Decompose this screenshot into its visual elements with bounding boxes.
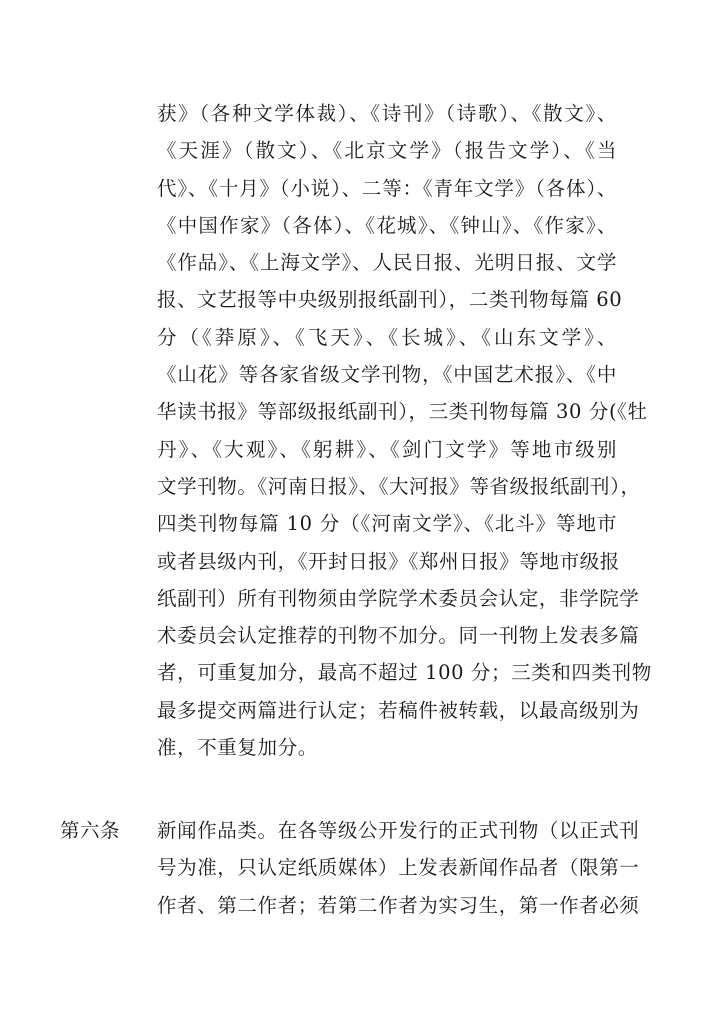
text-line: 报、文艺报等中央级别报纸副刊），二类刊物每篇 60: [157, 281, 617, 318]
text-line: 获》（各种文学体裁）、《诗刊》（诗歌）、《散文》、: [157, 95, 617, 132]
text-line: 《中国作家》（各体）、《花城》、《钟山》、《作家》、: [157, 207, 617, 244]
text-line: 《山花》等各家省级文学刊物，《中国艺术报》、《中: [157, 356, 617, 393]
text-line: 四类刊物每篇 10 分（《河南文学》、《北斗》等地市: [157, 505, 617, 542]
document-page: 获》（各种文学体裁）、《诗刊》（诗歌）、《散文》、 《天涯》（散文）、《北京文学…: [0, 0, 720, 1018]
text-line: 华读书报》等部级报纸副刊），三类刊物每篇 30 分(《牡: [157, 393, 617, 430]
text-line: 号为准，只认定纸质媒体）上发表新闻作品者（限第一: [157, 849, 617, 886]
text-line: 文学刊物。《河南日报》、《大河报》等省级报纸副刊），: [157, 468, 617, 505]
text-line: 纸副刊）所有刊物须由学院学术委员会认定，非学院学: [157, 580, 617, 617]
text-line: 或者县级内刊，《开封日报》《郑州日报》等地市级报: [157, 543, 617, 580]
article-6-label: 第六条: [60, 812, 120, 849]
text-line: 术委员会认定推荐的刊物不加分。同一刊物上发表多篇: [157, 617, 617, 654]
text-line: 《作品》、《上海文学》、人民日报、光明日报、文学: [157, 244, 617, 281]
text-line: 代》、《十月》（小说）、二等：《青年文学》（各体）、: [157, 170, 617, 207]
text-line: 新闻作品类。在各等级公开发行的正式刊物（以正式刊: [157, 812, 617, 849]
text-line: 《天涯》（散文）、《北京文学》（报告文学）、《当: [157, 132, 617, 169]
text-line: 作者、第二作者；若第二作者为实习生，第一作者必须: [157, 887, 617, 924]
text-line: 丹》、《大观》、《躬耕》、《剑门文学》等地市级别: [157, 431, 617, 468]
continued-paragraph: 获》（各种文学体裁）、《诗刊》（诗歌）、《散文》、 《天涯》（散文）、《北京文学…: [157, 95, 617, 766]
text-line: 者，可重复加分，最高不超过 100 分；三类和四类刊物: [157, 654, 617, 691]
text-line: 准，不重复加分。: [157, 729, 617, 766]
article-6-paragraph: 新闻作品类。在各等级公开发行的正式刊物（以正式刊 号为准，只认定纸质媒体）上发表…: [157, 812, 617, 924]
text-line: 最多提交两篇进行认定；若稿件被转载，以最高级别为: [157, 692, 617, 729]
text-line: 分（《莽原》、《飞天》、《长城》、《山东文学》、: [157, 319, 617, 356]
